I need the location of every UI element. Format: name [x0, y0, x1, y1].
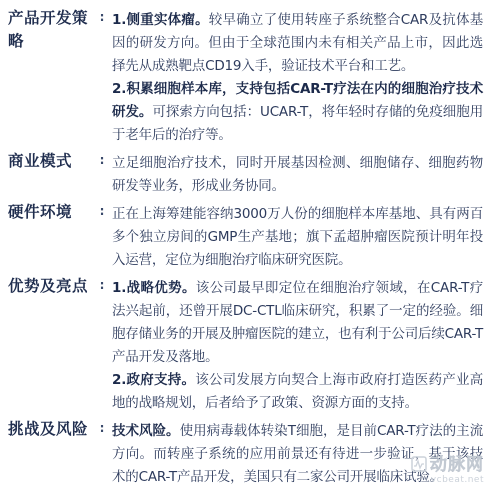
- bold-lead-text: 技术风险。: [112, 423, 180, 439]
- row-content: 1.战略优势。该公司最早即定位在细胞治疗领域，在CAR-T疗法兴起前，还曾开展D…: [112, 275, 483, 415]
- row-label: 硬件环境: [8, 201, 92, 224]
- label-colon-separator: :: [92, 7, 112, 27]
- info-table: 产品开发策略 : 1.侧重实体瘤。较早确立了使用转座子系统整合CAR及抗体基因的…: [0, 0, 489, 488]
- content-paragraph: 2.积累细胞样本库，支持包括CAR-T疗法在内的细胞治疗技术研发。可探索方向包括…: [112, 78, 483, 147]
- table-row: 优势及亮点 : 1.战略优势。该公司最早即定位在细胞治疗领域，在CAR-T疗法兴…: [8, 275, 483, 415]
- label-colon-separator: :: [92, 201, 112, 221]
- label-colon-separator: :: [92, 150, 112, 170]
- row-content: 技术风险。使用病毒载体转染T细胞，是目前CAR-T疗法的主流方向。而转座子系统的…: [112, 418, 483, 488]
- row-content: 1.侧重实体瘤。较早确立了使用转座子系统整合CAR及抗体基因的研发方向。但由于全…: [112, 7, 483, 147]
- row-label: 挑战及风险: [8, 418, 92, 441]
- body-text: 可探索方向包括：UCAR-T，将年轻时存储的免疫细胞用于老年后的治疗等。: [112, 104, 483, 143]
- body-text: 正在上海筹建能容纳3000万人份的细胞样本库基地、具有两百多个独立房间的GMP生…: [112, 206, 483, 268]
- row-content: 正在上海筹建能容纳3000万人份的细胞样本库基地、具有两百多个独立房间的GMP生…: [112, 201, 483, 272]
- content-paragraph: 正在上海筹建能容纳3000万人份的细胞样本库基地、具有两百多个独立房间的GMP生…: [112, 203, 483, 272]
- label-colon-separator: :: [92, 275, 112, 295]
- content-paragraph: 1.侧重实体瘤。较早确立了使用转座子系统整合CAR及抗体基因的研发方向。但由于全…: [112, 9, 483, 78]
- row-label: 商业模式: [8, 150, 92, 173]
- row-label: 产品开发策略: [8, 7, 92, 53]
- bold-lead-text: 1.战略优势。: [112, 280, 196, 296]
- table-row: 商业模式 : 立足细胞治疗技术，同时开展基因检测、细胞储存、细胞药物研发等业务，…: [8, 150, 483, 198]
- content-paragraph: 1.战略优势。该公司最早即定位在细胞治疗领域，在CAR-T疗法兴起前，还曾开展D…: [112, 277, 483, 369]
- content-paragraph: 2.政府支持。该公司发展方向契合上海市政府打造医药产业高地的战略规划，后者给予了…: [112, 369, 483, 415]
- table-row: 硬件环境 : 正在上海筹建能容纳3000万人份的细胞样本库基地、具有两百多个独立…: [8, 201, 483, 272]
- row-label: 优势及亮点: [8, 275, 92, 298]
- body-text: 立足细胞治疗技术，同时开展基因检测、细胞储存、细胞药物研发等业务，形成业务协同。: [112, 155, 483, 194]
- bold-lead-text: 2.政府支持。: [112, 372, 195, 388]
- row-content: 立足细胞治疗技术，同时开展基因检测、细胞储存、细胞药物研发等业务，形成业务协同。: [112, 150, 483, 198]
- content-paragraph: 立足细胞治疗技术，同时开展基因检测、细胞储存、细胞药物研发等业务，形成业务协同。: [112, 152, 483, 198]
- label-colon-separator: :: [92, 418, 112, 438]
- bold-lead-text: 1.侧重实体瘤。: [112, 12, 209, 28]
- table-row: 产品开发策略 : 1.侧重实体瘤。较早确立了使用转座子系统整合CAR及抗体基因的…: [8, 7, 483, 147]
- table-row: 挑战及风险 : 技术风险。使用病毒载体转染T细胞，是目前CAR-T疗法的主流方向…: [8, 418, 483, 488]
- content-paragraph: 技术风险。使用病毒载体转染T细胞，是目前CAR-T疗法的主流方向。而转座子系统的…: [112, 420, 483, 488]
